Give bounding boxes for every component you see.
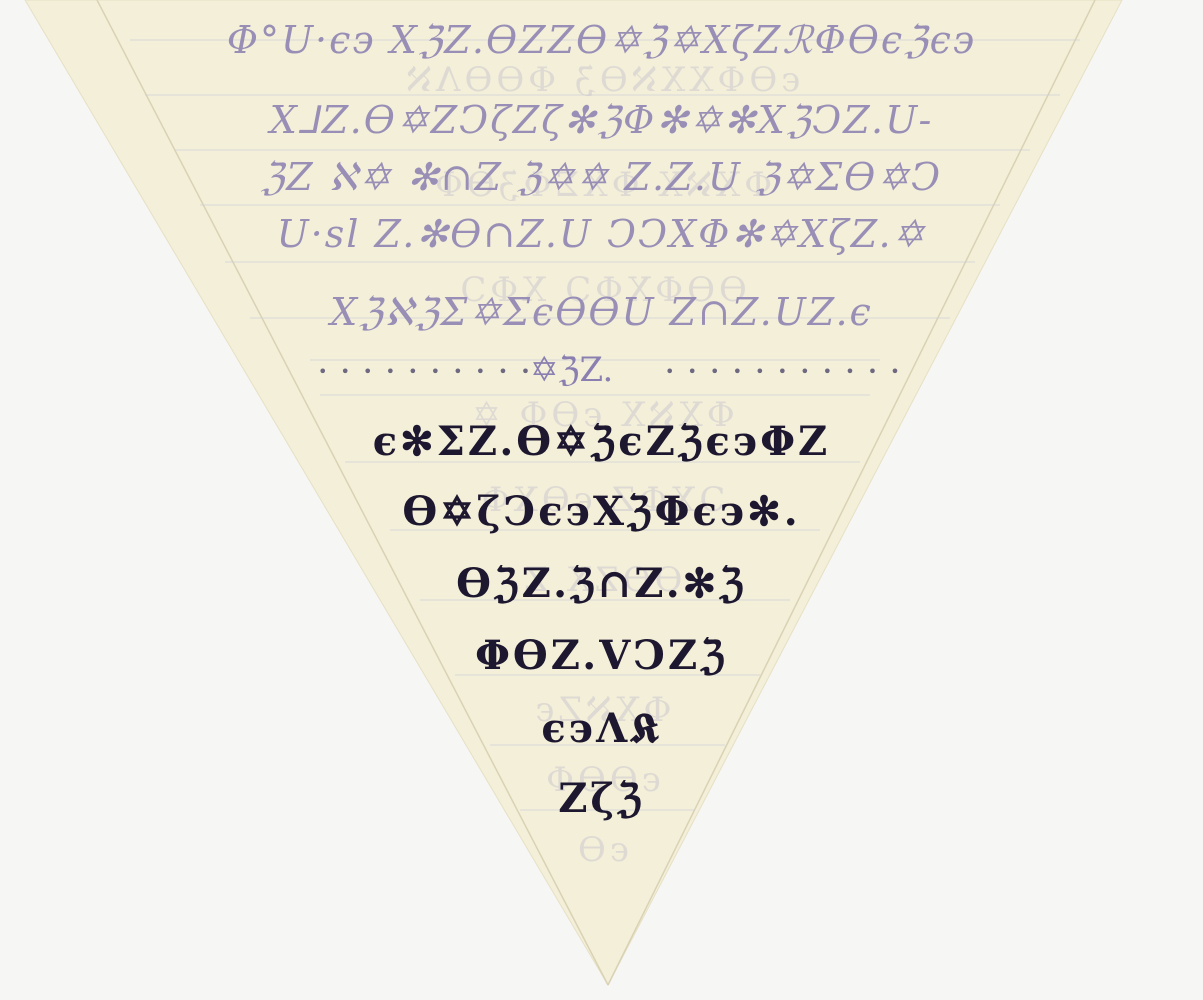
cipher-row-dark-3: ϴℨZ.ℨ∩Z.✻ℨ bbox=[0, 560, 1203, 607]
divider-row: • • • • • • • • • • ✡ℨZ. • • • • • • • •… bbox=[0, 352, 1203, 392]
cipher-row-dark-2: ϴ✡ζϽϵ϶XℨΦϵ϶✻. bbox=[0, 488, 1203, 535]
divider-word: ✡ℨZ. bbox=[530, 350, 613, 390]
bleed-through-text: ϵϴ bbox=[0, 830, 1203, 870]
cipher-row-light-1: Φ°U·ϵ϶ XℨZ.ϴZZϴ✡ℨ✡XζZℛΦϴϵℨϵ϶ bbox=[0, 18, 1203, 62]
divider-dots-left: • • • • • • • • • • bbox=[318, 362, 534, 381]
paper-sheet: ϵϴΦXXℵϴℨ ΦϴϴΛℵ ΦXℵX ΦXΣΦℨϴΦ ϴϴΦXΦϽ XΦϽ Φ… bbox=[0, 0, 1203, 1000]
cipher-row-light-5: XℨℵℨΣ✡ΣϵϴϴU Z∩Z.UZ.ϵ bbox=[0, 290, 1203, 334]
cipher-row-dark-5: ϵ϶Λ𝕶 bbox=[0, 705, 1203, 752]
cipher-row-dark-1: ϵ✻ΣZ.ϴ✡ℨϵZℨϵ϶ΦZ bbox=[0, 418, 1203, 465]
cipher-row-light-2: X⅃Z.ϴ✡ZϽζZζ✻ℨΦ✻✡✻XℨϽZ.U- bbox=[0, 98, 1203, 142]
cipher-row-dark-6: Zζℨ bbox=[0, 775, 1203, 822]
bleed-through-text: ϵϴΦXXℵϴℨ ΦϴϴΛℵ bbox=[0, 60, 1203, 100]
cipher-row-light-3: ℨZ ℵ✡ ✻∩Z ℨ✡✡ Z.Z.U ℨ✡Σϴ✡Ͻ bbox=[0, 155, 1203, 199]
divider-dots-right: • • • • • • • • • • • bbox=[665, 362, 904, 381]
cipher-row-light-4: U·sl Z.✻ϴ∩Z.U ϽϽXΦ✻✡XζZ.✡ bbox=[0, 212, 1203, 256]
cipher-row-dark-4: ΦϴZ.VϽZℨ bbox=[0, 632, 1203, 679]
